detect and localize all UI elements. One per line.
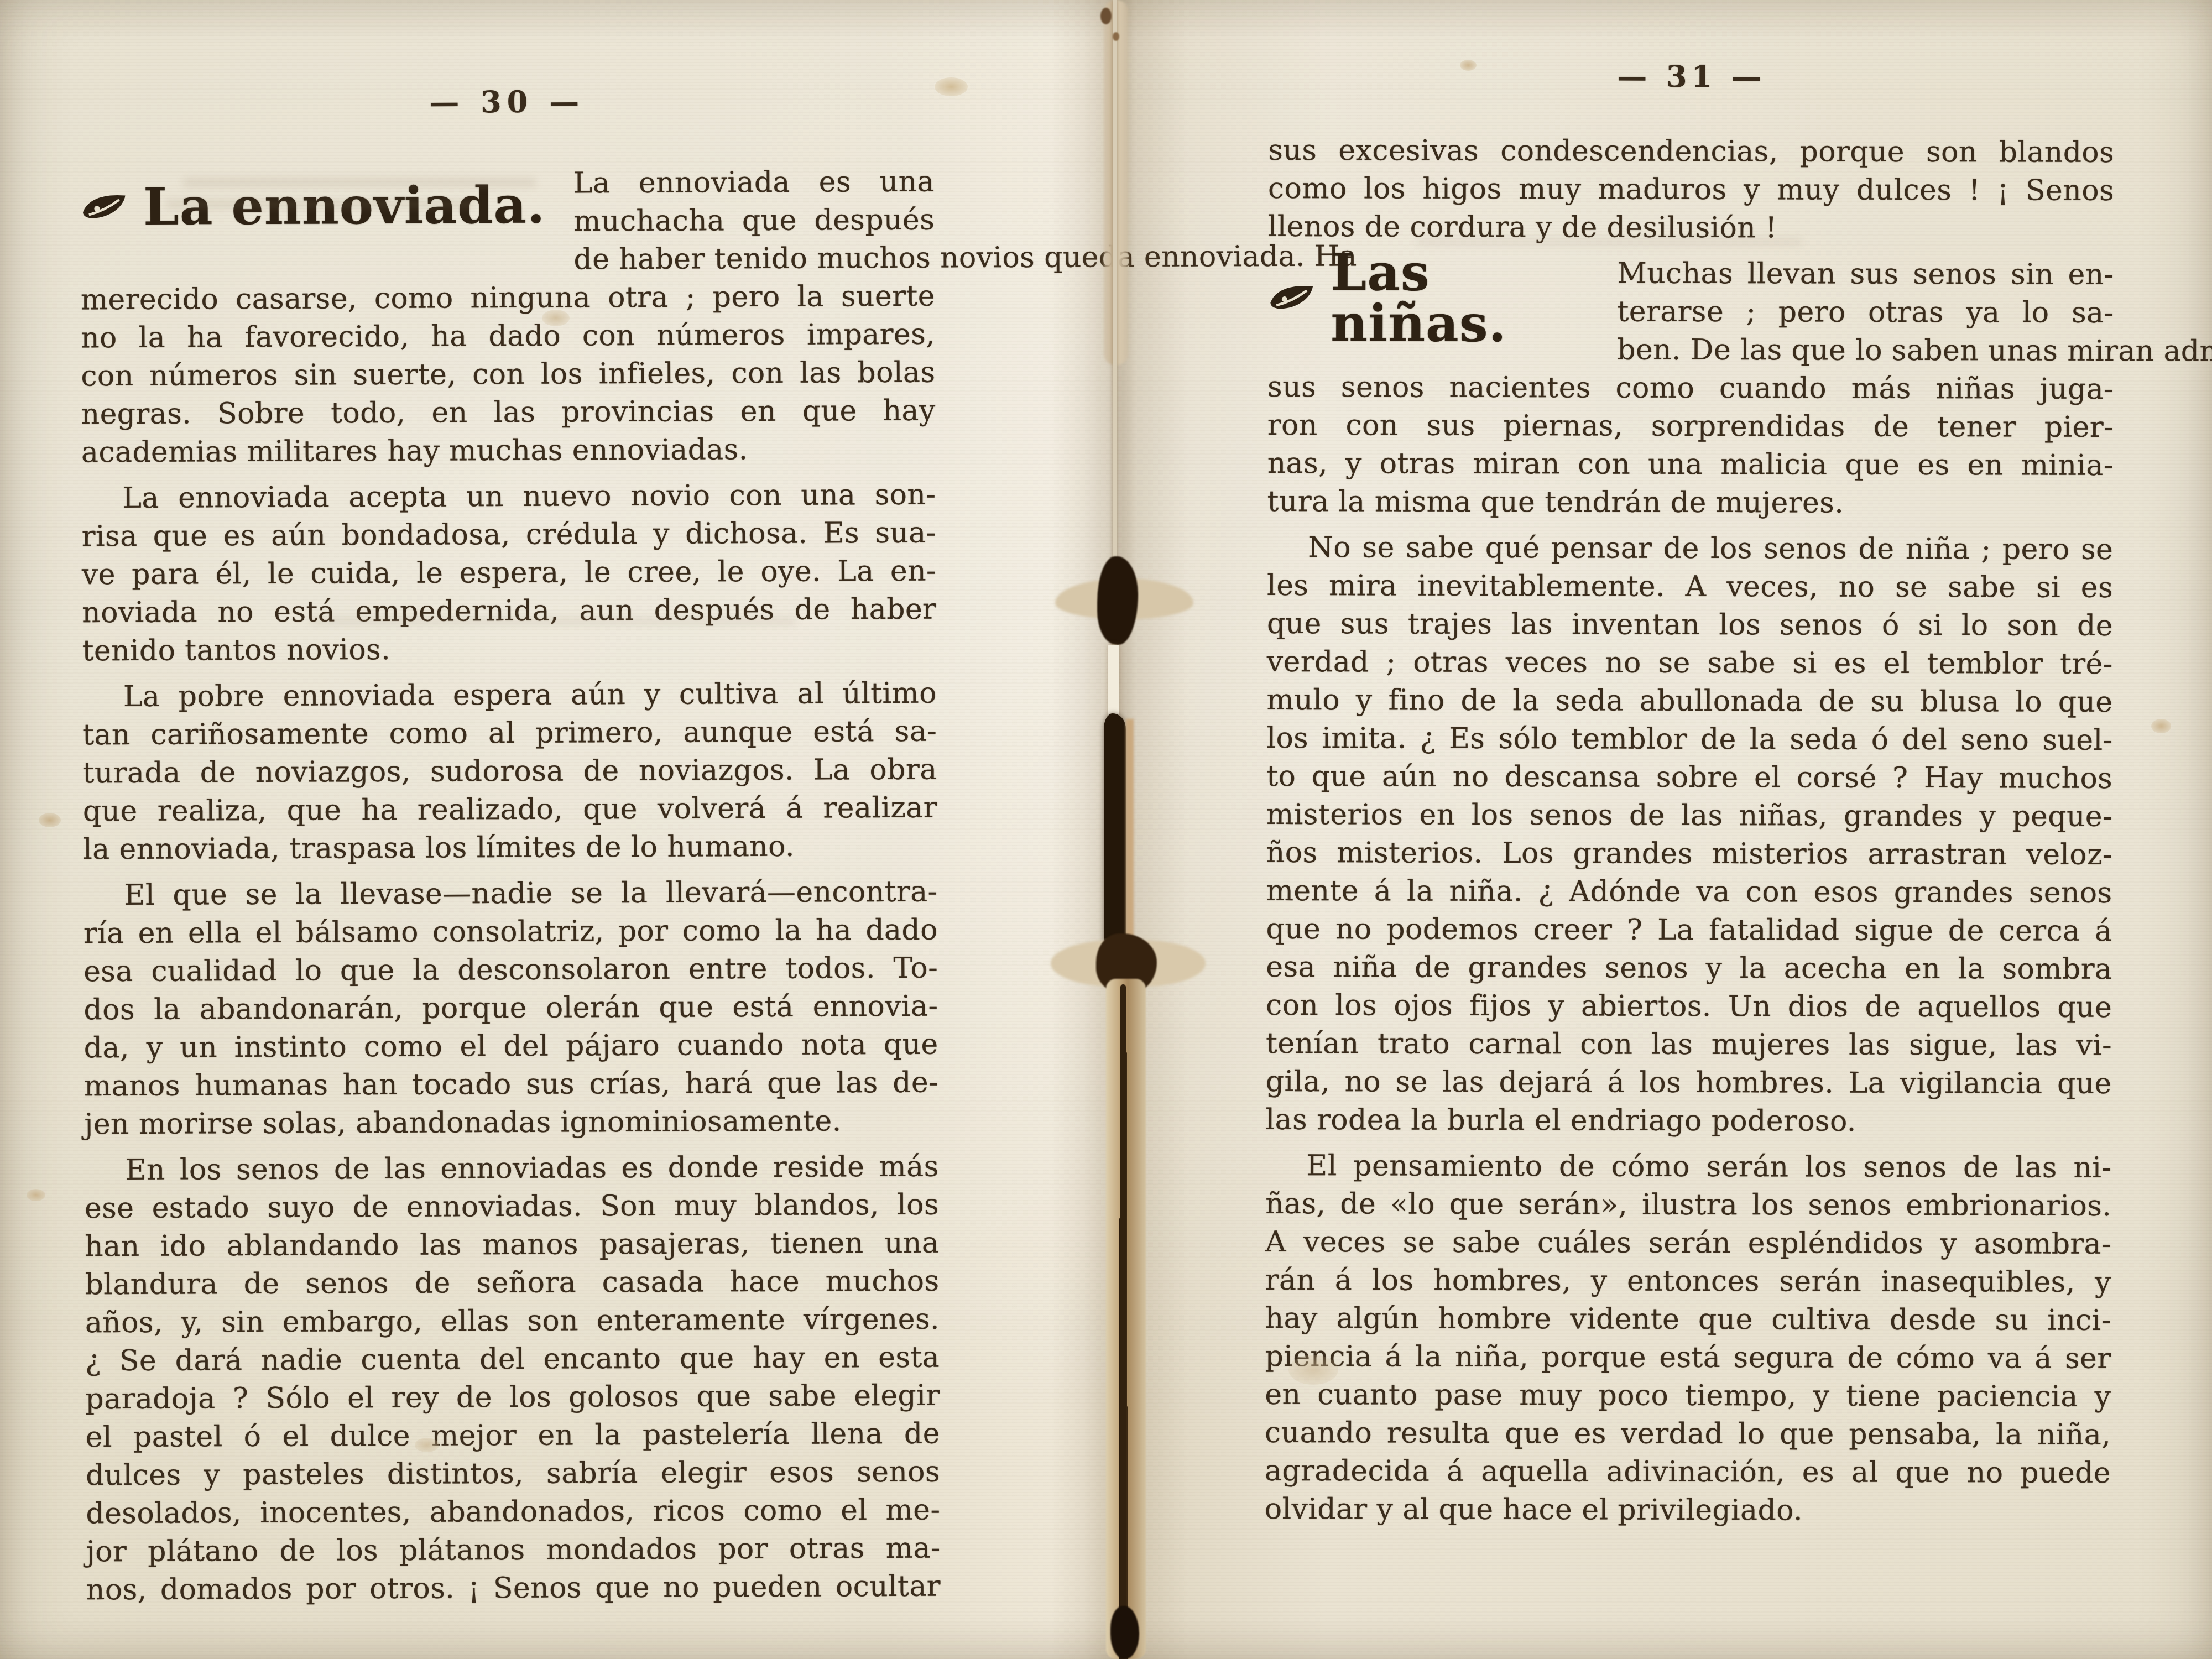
- text-line: les mira inevitablemente. A veces, no se…: [1267, 567, 2113, 607]
- binding-tear-lower-core: [1096, 933, 1157, 994]
- text-line: tura la misma que tendrán de mujeres.: [1267, 483, 2113, 523]
- text-line: ¿ Se dará nadie cuenta del encanto que h…: [85, 1339, 940, 1381]
- page-number-left: — 30 —: [80, 82, 934, 122]
- text-line: las rodea la burla el endriago poderoso.: [1266, 1101, 2112, 1141]
- text-line: hay algún hombre vidente que cultiva des…: [1265, 1300, 2111, 1340]
- text-line: manos humanas han tocado sus crías, hará…: [84, 1064, 938, 1106]
- text-line: ron con sus piernas, sorprendidas de ten…: [1267, 406, 2114, 447]
- text-line: blandura de senos de señora casada hace …: [85, 1262, 939, 1305]
- text-line: nos, domados por otros. ¡ Senos que no p…: [86, 1568, 941, 1610]
- text-line: tenían trato carnal con las mujeres las …: [1266, 1025, 2112, 1065]
- binding-slit-edge: [1126, 719, 1134, 962]
- binding-stain-top: [1104, 0, 1128, 365]
- paragraph: La ennoviada.La ennoviada es unamuchacha…: [80, 163, 936, 472]
- text-line: El pensamiento de cómo serán los senos d…: [1265, 1147, 2111, 1187]
- text-line: jor plátano de los plátanos mondados por…: [86, 1530, 941, 1572]
- text-line: to que aún no descansa sobre el corsé ? …: [1266, 758, 2112, 798]
- text-line: piencia á la niña, porque está segura de…: [1265, 1338, 2111, 1378]
- section-heading: La ennoviada.: [80, 165, 555, 246]
- text-line: con números sin suerte, con los infieles…: [81, 354, 935, 396]
- binding-tear-upper: [1055, 578, 1193, 619]
- leaf-ornament-icon: [79, 189, 131, 225]
- text-line: academias militares hay muchas ennoviada…: [81, 430, 936, 472]
- text-line: misterios en los senos de las niñas, gra…: [1266, 796, 2112, 836]
- section-heading: Las niñas.: [1267, 257, 1598, 337]
- binding-torn-strip: [1106, 979, 1146, 1659]
- page-number-right: — 31 —: [1268, 58, 2114, 95]
- text-line: esa cualidad lo que la desconsolaron ent…: [84, 950, 938, 992]
- paragraph: No se sabe qué pensar de los senos de ni…: [1266, 529, 2114, 1141]
- text-line: ría en ella el bálsamo consolatriz, por …: [84, 911, 938, 953]
- text-line: mente á la niña. ¿ Adónde va con esos gr…: [1266, 872, 2112, 912]
- binding-crease: [1113, 0, 1117, 686]
- text-line: cuando resulta que es verdad lo que pens…: [1265, 1414, 2111, 1454]
- paragraph: Las niñas.Muchas llevan sus senos sin en…: [1267, 254, 2114, 523]
- foxing-stain: [935, 77, 968, 96]
- paragraph: sus excesivas condescendencias, porque s…: [1268, 132, 2115, 248]
- binding-gap: [1108, 645, 1119, 717]
- text-line: verdad ; otras veces no se sabe si es el…: [1267, 643, 2113, 684]
- foxing-stain: [27, 1189, 45, 1201]
- text-line: de haber tenido muchos novios queda enno…: [80, 239, 935, 281]
- left-text-column: La ennoviada.La ennoviada es unamuchacha…: [80, 163, 941, 1618]
- text-line: en cuanto pase muy poco tiempo, y tiene …: [1265, 1376, 2111, 1416]
- page-31: — 31 — sus excesivas condescendencias, p…: [1264, 0, 2115, 1659]
- text-line: El que se la llevase—nadie se la llevará…: [83, 873, 937, 915]
- text-line: desolados, inocentes, abandonados, ricos…: [86, 1491, 940, 1533]
- text-line: que sus trajes las inventan los senos ó …: [1267, 605, 2113, 645]
- text-line: el pastel ó el dulce mejor en la pastele…: [86, 1415, 940, 1457]
- binding-tear-upper-core: [1097, 556, 1138, 645]
- text-line: llenos de cordura y de desilusión !: [1268, 208, 2114, 248]
- text-line: No se sabe qué pensar de los senos de ni…: [1267, 529, 2113, 569]
- section-title: Las niñas.: [1331, 247, 1598, 349]
- text-line: han ido ablandando las manos pasajeras, …: [85, 1224, 939, 1266]
- text-line: ese estado suyo de ennoviadas. Son muy b…: [85, 1186, 939, 1228]
- binding-thread-line: [1120, 984, 1126, 1659]
- text-line: años, y, sin embargo, ellas son enterame…: [85, 1301, 940, 1343]
- text-line: da, y un instinto como el del pájaro cua…: [84, 1026, 938, 1068]
- text-line: mulo y fino de la seda abullonada de su …: [1267, 681, 2113, 722]
- right-text-column: sus excesivas condescendencias, porque s…: [1265, 132, 2115, 1538]
- text-line: paradoja ? Sólo el rey de los golosos qu…: [85, 1377, 940, 1419]
- text-line: jen morirse solas, abandonadas ignominio…: [84, 1102, 938, 1144]
- text-line: rán á los hombres, y entonces serán inas…: [1265, 1261, 2111, 1302]
- text-line: gila, no se las dejará á los hombres. La…: [1266, 1063, 2112, 1103]
- binding-dark-blob: [1110, 1606, 1139, 1659]
- paragraph: La ennoviada acepta un nuevo novio con u…: [81, 476, 936, 671]
- text-line: los imita. ¿ Es sólo temblor de la seda …: [1266, 719, 2112, 760]
- page-30: — 30 — La ennoviada.La ennoviada es unam…: [79, 0, 941, 1659]
- text-line: noviada no está empedernida, aun después…: [82, 591, 936, 633]
- text-line: La ennoviada acepta un nuevo novio con u…: [81, 476, 936, 518]
- paragraph: El pensamiento de cómo serán los senos d…: [1265, 1147, 2112, 1531]
- text-line: turada de noviazgos, sudorosa de noviazg…: [82, 751, 937, 793]
- leaf-ornament-icon: [1266, 279, 1318, 316]
- text-line: dulces y pasteles distintos, sabría eleg…: [86, 1453, 940, 1495]
- foxing-stain: [2151, 719, 2171, 733]
- text-line: ve para él, le cuida, le espera, le cree…: [82, 552, 936, 594]
- text-line: negras. Sobre todo, en las provincias en…: [81, 392, 936, 434]
- binding-tear-lower: [1051, 940, 1206, 987]
- text-line: sus senos nacientes como cuando más niña…: [1267, 368, 2114, 409]
- text-line: esa niña de grandes senos y la acecha en…: [1266, 948, 2112, 989]
- paragraph: En los senos de las ennoviadas es donde …: [85, 1148, 941, 1610]
- foxing-stain: [39, 813, 61, 827]
- text-line: como los higos muy maduros y muy dulces …: [1268, 170, 2114, 210]
- text-line: La pobre ennoviada espera aún y cultiva …: [82, 675, 937, 717]
- text-line: dos la abandonarán, porque olerán que es…: [84, 988, 938, 1030]
- text-line: con los ojos fijos y abiertos. Un dios d…: [1266, 987, 2112, 1027]
- text-line: risa que es aún bondadosa, crédula y dic…: [82, 514, 936, 556]
- text-line: sus excesivas condescendencias, porque s…: [1268, 132, 2114, 172]
- text-line: agradecida á aquella adivinación, es al …: [1265, 1452, 2111, 1493]
- text-line: que no podemos creer ? La fatalidad sigu…: [1266, 910, 2112, 951]
- text-line: la ennoviada, traspasa los límites de lo…: [83, 827, 937, 869]
- text-line: En los senos de las ennoviadas es donde …: [85, 1148, 939, 1190]
- paragraph: La pobre ennoviada espera aún y cultiva …: [82, 675, 937, 869]
- paragraph: El que se la llevase—nadie se la llevará…: [83, 873, 938, 1144]
- text-line: olvidar y al que hace el privilegiado.: [1265, 1490, 2111, 1531]
- section-title: La ennoviada.: [143, 180, 545, 232]
- text-line: que realiza, que ha realizado, que volve…: [83, 789, 937, 831]
- text-line: tan cariñosamente como al primero, aunqu…: [82, 713, 937, 755]
- text-line: no la ha favorecido, ha dado con números…: [81, 316, 935, 358]
- text-line: tenido tantos novios.: [82, 629, 936, 671]
- binding-thread-hole: [1113, 32, 1119, 41]
- binding-slit: [1104, 713, 1126, 973]
- text-line: nas, y otras miran con una malicia que e…: [1267, 445, 2114, 485]
- binding-thread-hole: [1100, 8, 1112, 24]
- text-line: ñas, de «lo que serán», ilustra los seno…: [1265, 1185, 2111, 1225]
- text-line: merecido casarse, como ninguna otra ; pe…: [81, 278, 935, 320]
- text-line: ños misterios. Los grandes misterios arr…: [1266, 834, 2112, 874]
- book-spread: — 30 — La ennoviada.La ennoviada es unam…: [0, 0, 2212, 1659]
- text-line: A veces se sabe cuáles serán espléndidos…: [1265, 1223, 2111, 1264]
